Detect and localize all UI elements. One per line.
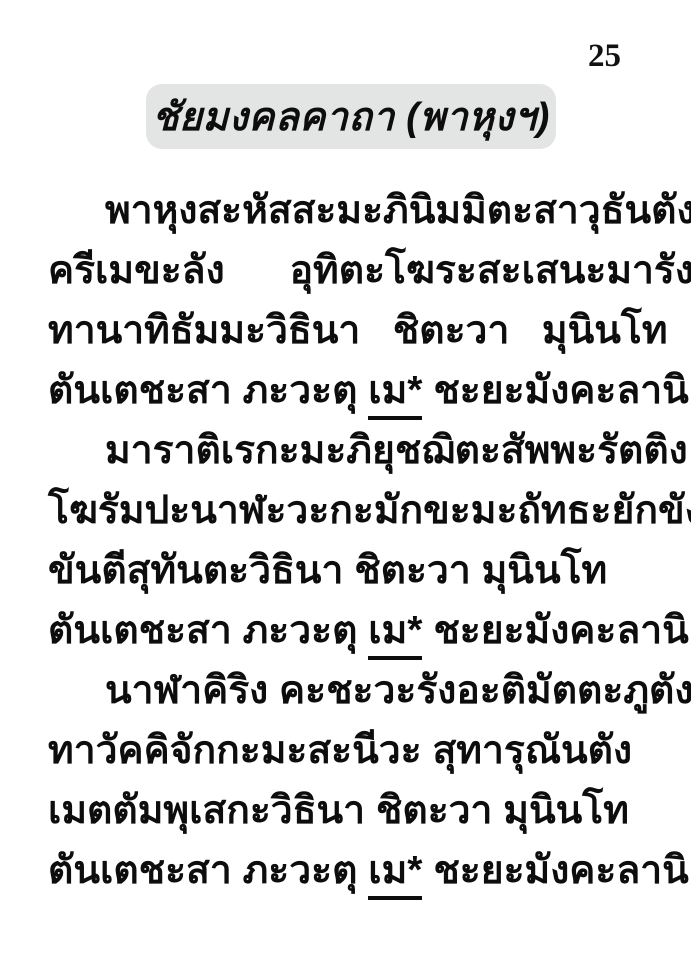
verse-body: พาหุงสะหัสสะมะภินิมมิตะสาวุธันตังครีเมขะ… <box>48 181 651 901</box>
verse-text: ชะยะมังคะลานิ <box>422 369 688 412</box>
verse-line-5: มาราติเรกะมะภิยุชฌิตะสัพพะรัตติง <box>48 421 651 481</box>
verse-line-6: โฆรัมปะนาฬะวะกะมักขะมะถัทธะยักขัง <box>48 481 651 541</box>
underlined-me-asterisk: เม* <box>368 850 422 900</box>
underlined-me-asterisk: เม* <box>368 610 422 660</box>
verse-line-2: ครีเมขะลัง อุทิตะโฆระสะเสนะมารัง <box>48 241 651 301</box>
verse-text: ตันเตชะสา ภะวะตุ <box>48 849 368 892</box>
verse-line-7: ขันตีสุทันตะวิธินา ชิตะวา มุนินโท <box>48 541 651 601</box>
verse-text: ตันเตชะสา ภะวะตุ <box>48 609 368 652</box>
title-box: ชัยมงคลคาถา (พาหุงฯ) <box>146 84 556 149</box>
verse-text: ตันเตชะสา ภะวะตุ <box>48 369 368 412</box>
verse-text: ทาวัคคิจักกะมะสะนีวะ สุทารุณันตัง <box>48 729 632 772</box>
verse-line-4: ตันเตชะสา ภะวะตุ เม* ชะยะมังคะลานิ <box>48 361 651 421</box>
verse-text: ขันตีสุทันตะวิธินา ชิตะวา มุนินโท <box>48 549 607 592</box>
verse-line-9: นาฬาคิริง คะชะวะรังอะติมัตตะภูตัง <box>48 661 651 721</box>
page-title: ชัยมงคลคาถา (พาหุงฯ) <box>152 86 550 148</box>
verse-line-1: พาหุงสะหัสสะมะภินิมมิตะสาวุธันตัง <box>48 181 651 241</box>
verse-text: เมตตัมพุเสกะวิธินา ชิตะวา มุนินโท <box>48 789 629 832</box>
verse-text: นาฬาคิริง คะชะวะรังอะติมัตตะภูตัง <box>105 669 691 712</box>
verse-text: ชะยะมังคะลานิ <box>422 609 688 652</box>
verse-text: พาหุงสะหัสสะมะภินิมมิตะสาวุธันตัง <box>105 189 691 232</box>
verse-line-12: ตันเตชะสา ภะวะตุ เม* ชะยะมังคะลานิ <box>48 841 651 901</box>
verse-text: มาราติเรกะมะภิยุชฌิตะสัพพะรัตติง <box>105 429 688 472</box>
verse-text: ทานาทิธัมมะวิธินา ชิตะวา มุนินโท <box>48 309 668 352</box>
verse-text: ชะยะมังคะลานิ <box>422 849 688 892</box>
page-number: 25 <box>588 40 621 73</box>
underlined-me-asterisk: เม* <box>368 370 422 420</box>
verse-text: โฆรัมปะนาฬะวะกะมักขะมะถัทธะยักขัง <box>48 489 691 532</box>
book-page: 25 ชัยมงคลคาถา (พาหุงฯ) พาหุงสะหัสสะมะภิ… <box>0 0 691 960</box>
verse-line-3: ทานาทิธัมมะวิธินา ชิตะวา มุนินโท <box>48 301 651 361</box>
verse-line-8: ตันเตชะสา ภะวะตุ เม* ชะยะมังคะลานิ <box>48 601 651 661</box>
verse-line-11: เมตตัมพุเสกะวิธินา ชิตะวา มุนินโท <box>48 781 651 841</box>
verse-line-10: ทาวัคคิจักกะมะสะนีวะ สุทารุณันตัง <box>48 721 651 781</box>
verse-text: ครีเมขะลัง อุทิตะโฆระสะเสนะมารัง <box>48 249 691 292</box>
